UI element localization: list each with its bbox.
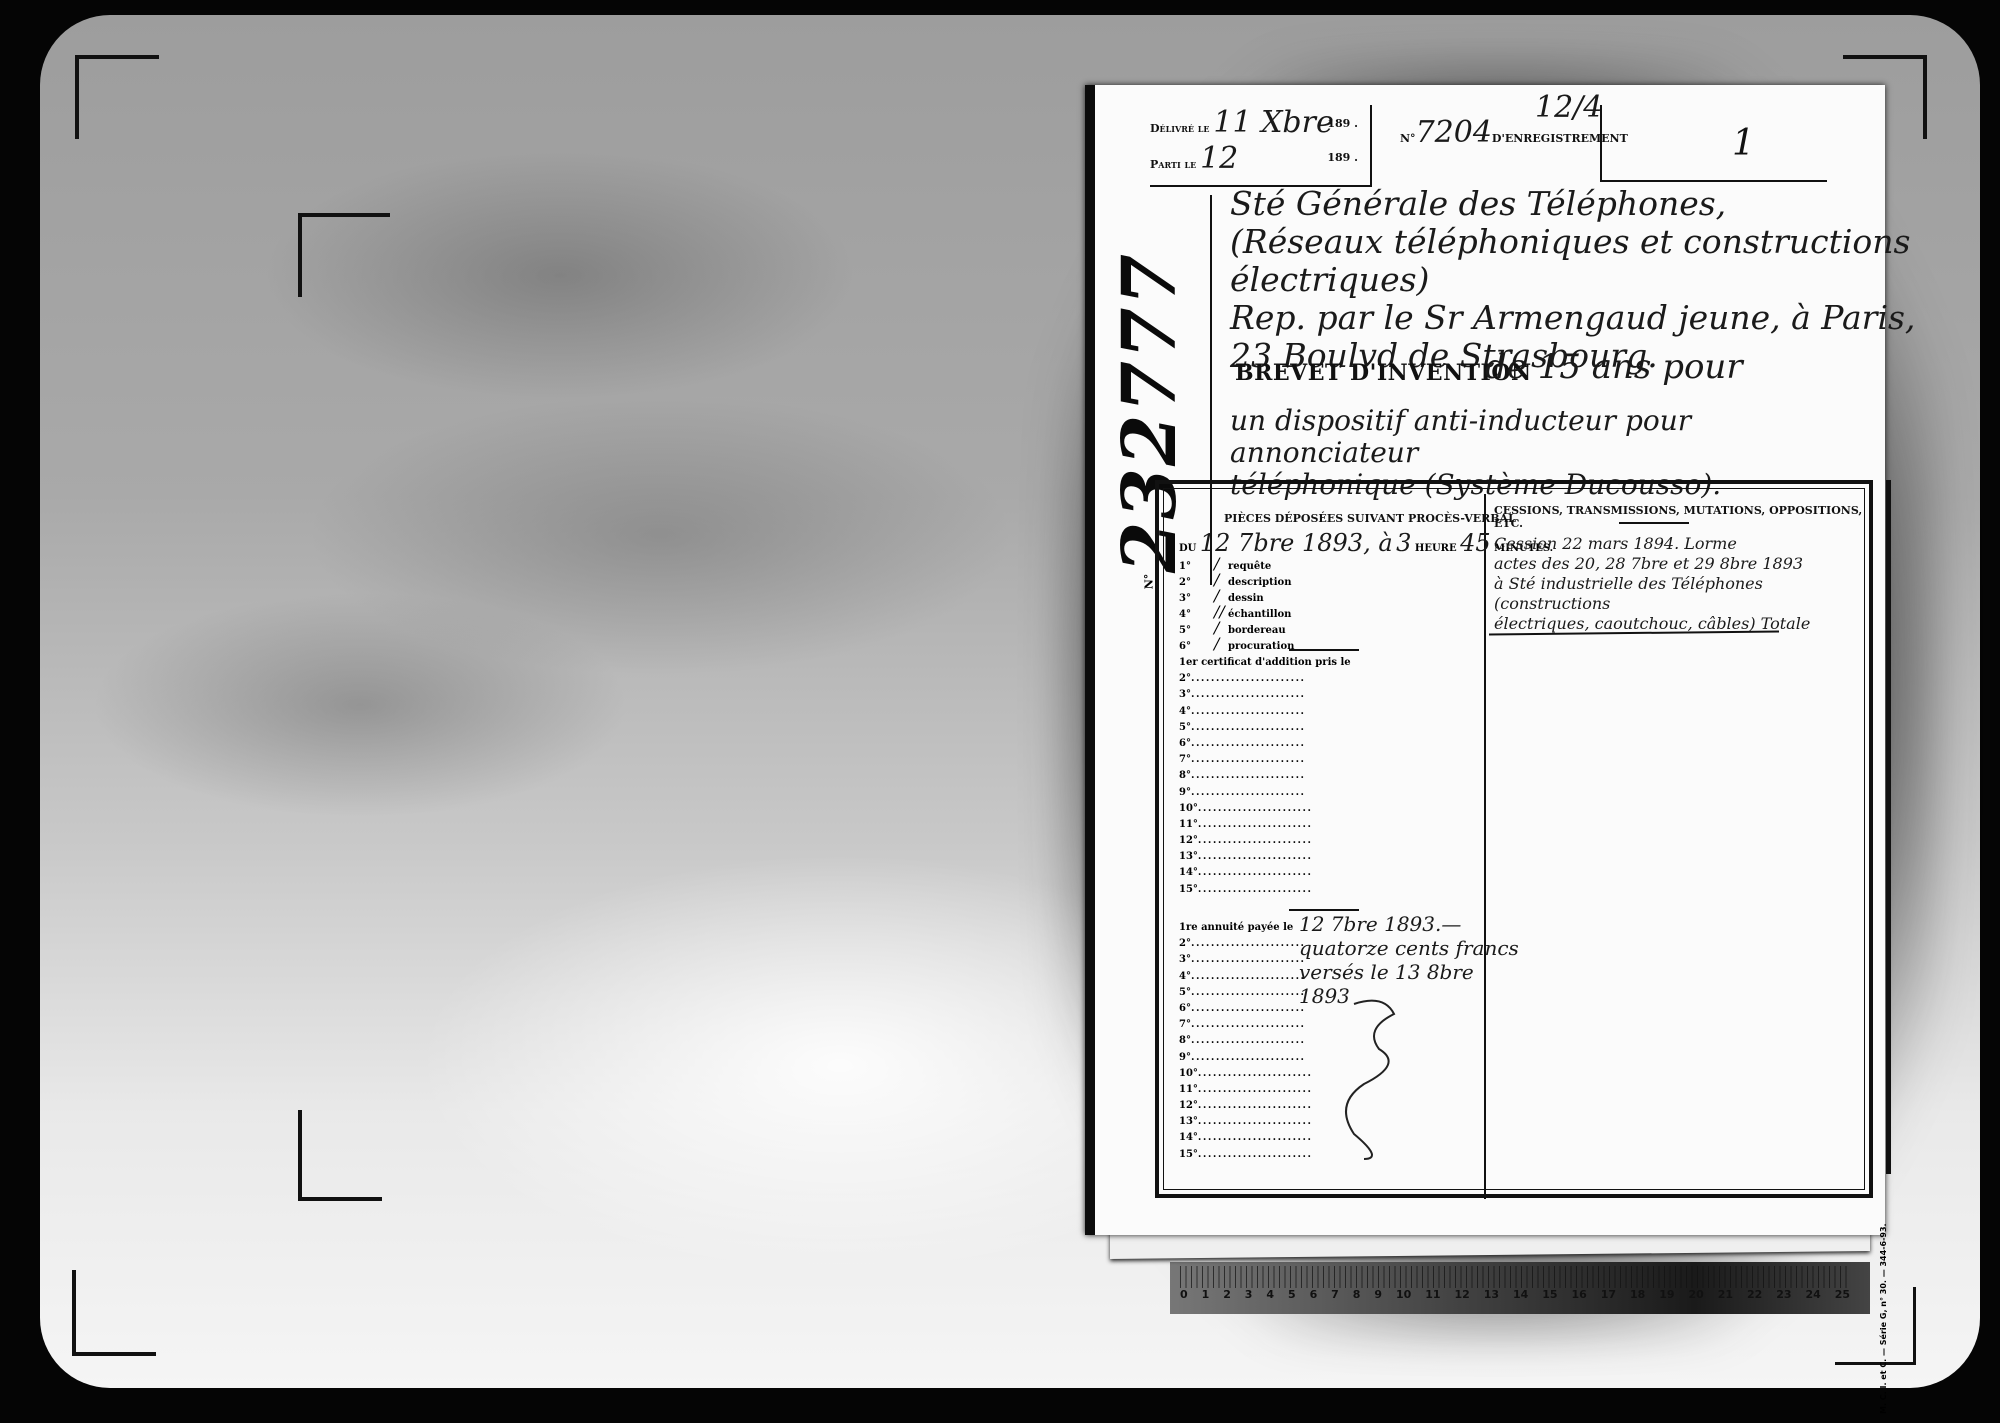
delivered-year: 189 . [1327, 117, 1358, 130]
row-number: 15° [1179, 884, 1198, 895]
dot-leader: ....................... [1191, 938, 1306, 949]
dot-leader: ....................... [1191, 971, 1306, 982]
dot-leader: ....................... [1191, 1019, 1306, 1030]
annuity-row: 13°....................... [1179, 1116, 1313, 1132]
ruler-label: 10 [1396, 1288, 1411, 1301]
measurement-ruler: 0123456789101112131415161718192021222324… [1170, 1262, 1870, 1314]
row-number: 3° [1179, 954, 1191, 965]
annuities-list: 1re annuité payée le2°..................… [1179, 922, 1313, 1165]
pv-prefix: DU [1179, 543, 1196, 554]
crop-mark-bottom-left-inner [298, 1110, 382, 1201]
row-number: 7° [1179, 1019, 1191, 1030]
dot-leader: ....................... [1198, 1132, 1313, 1143]
certificate-row: 8°....................... [1179, 770, 1351, 786]
crop-mark-top-left-outer [75, 55, 159, 139]
piece-mark: / [1214, 634, 1228, 653]
ruler-labels: 0123456789101112131415161718192021222324… [1180, 1288, 1850, 1301]
piece-item: 4°//échantillon [1179, 602, 1294, 618]
certificate-row: 14°....................... [1179, 867, 1351, 883]
section-rule [1619, 522, 1689, 524]
row-number: 11° [1179, 819, 1198, 830]
applicant-line: électriques) [1230, 261, 1870, 299]
annuity-row: 10°....................... [1179, 1068, 1313, 1084]
signature-flourish [1324, 994, 1444, 1164]
dot-leader: ....................... [1198, 867, 1313, 878]
dot-leader: ....................... [1191, 987, 1306, 998]
certificate-row: 2°....................... [1179, 673, 1351, 689]
certificate-row: 6°....................... [1179, 738, 1351, 754]
ruler-label: 15 [1542, 1288, 1557, 1301]
annuity-note-line: 12 7bre 1893.— [1299, 912, 1519, 936]
sheet-number: 1 [1732, 123, 1755, 164]
annuity-row: 3°....................... [1179, 954, 1313, 970]
ruler-label: 0 [1180, 1288, 1188, 1301]
registration-prefix: N° [1400, 132, 1416, 145]
ruler-label: 23 [1776, 1288, 1791, 1301]
ruler-label: 12 [1454, 1288, 1469, 1301]
certificate-row: 4°....................... [1179, 706, 1351, 722]
row-number: 9° [1179, 1052, 1191, 1063]
ruler-label: 5 [1288, 1288, 1296, 1301]
dot-leader: ....................... [1198, 835, 1313, 846]
annuity-row: 9°....................... [1179, 1052, 1313, 1068]
row-number: 10° [1179, 803, 1198, 814]
delivered-label: Délivré le [1150, 122, 1210, 135]
cessions-title: CESSIONS, TRANSMISSIONS, MUTATIONS, OPPO… [1494, 504, 1869, 530]
certificate-row: 7°....................... [1179, 754, 1351, 770]
row-number: 2° [1179, 938, 1191, 949]
annuity-row: 14°....................... [1179, 1132, 1313, 1148]
certificate-row: 9°....................... [1179, 787, 1351, 803]
ruler-label: 3 [1245, 1288, 1253, 1301]
cession-note-line: Cession 22 mars 1894. Lorme [1494, 534, 1814, 554]
dot-leader: ....................... [1198, 803, 1313, 814]
section-rule [1289, 649, 1359, 651]
piece-item: 5°/bordereau [1179, 618, 1294, 634]
ruler-ticks [1180, 1266, 1850, 1288]
column-divider [1484, 494, 1486, 1199]
ruler-label: 11 [1425, 1288, 1440, 1301]
dates-box: Délivré le 11 Xbre 189 . Parti le 12 189… [1150, 105, 1372, 187]
annuity-note-line: quatorze cents francs [1299, 936, 1519, 960]
row-number: 9° [1179, 787, 1191, 798]
annuity-note-line: versés le 13 8bre [1299, 960, 1519, 984]
pieces-list: 1°/requête2°/description3°/dessin4°//éch… [1179, 554, 1294, 650]
ruler-label: 1 [1202, 1288, 1210, 1301]
crop-mark-top-left-inner [298, 213, 390, 297]
dot-leader: ....................... [1191, 1052, 1306, 1063]
pv-hour-label: HEURE [1415, 543, 1457, 554]
row-number: 12° [1179, 835, 1198, 846]
table-right-bar [1886, 480, 1891, 1174]
piece-item: 2°/description [1179, 570, 1294, 586]
row-number: 4° [1179, 706, 1191, 717]
row-number: 3° [1179, 689, 1191, 700]
ruler-label: 6 [1310, 1288, 1318, 1301]
ruler-label: 19 [1659, 1288, 1674, 1301]
certificates-list: 1er certificat d'addition pris le2°.....… [1179, 657, 1351, 900]
printer-imprint: M. C. I. et C. — Série G, n° 30. — 344-6… [1879, 1223, 1888, 1414]
dot-leader: ....................... [1198, 1116, 1313, 1127]
piece-item: 1°/requête [1179, 554, 1294, 570]
applicant-line: (Réseaux téléphoniques et constructions [1230, 223, 1870, 261]
piece-number: 6° [1179, 641, 1214, 652]
dot-leader: ....................... [1198, 884, 1313, 895]
annuity-row: 6°....................... [1179, 1003, 1313, 1019]
dot-leader: ....................... [1191, 1035, 1306, 1046]
row-number: 13° [1179, 851, 1198, 862]
ruler-label: 22 [1747, 1288, 1762, 1301]
ruler-label: 16 [1571, 1288, 1586, 1301]
ruler-label: 4 [1266, 1288, 1274, 1301]
dot-leader: ....................... [1198, 1100, 1313, 1111]
dot-leader: ....................... [1198, 819, 1313, 830]
delivered-value: 11 Xbre [1213, 105, 1333, 140]
delivered-row: Délivré le 11 Xbre [1150, 105, 1334, 140]
patent-number-label: N° [1142, 574, 1155, 590]
applicant-line: Rep. par le Sr Armengaud jeune, à Paris, [1230, 299, 1870, 337]
dot-leader: ....................... [1191, 770, 1306, 781]
ruler-label: 7 [1331, 1288, 1339, 1301]
ruler-label: 24 [1805, 1288, 1820, 1301]
row-number: 6° [1179, 738, 1191, 749]
row-number: 11° [1179, 1084, 1198, 1095]
certificate-row: 1er certificat d'addition pris le [1179, 657, 1351, 673]
certificate-row: 3°....................... [1179, 689, 1351, 705]
section-rule [1289, 909, 1359, 911]
dot-leader: ....................... [1191, 689, 1306, 700]
margin-mark: 12/4 [1535, 90, 1602, 125]
dot-leader: ....................... [1191, 754, 1306, 765]
pv-minutes: 45 [1460, 529, 1491, 557]
certificate-row: 15°....................... [1179, 884, 1351, 900]
departed-row: Parti le 12 [1150, 141, 1238, 176]
row-number: 2° [1179, 673, 1191, 684]
ruler-label: 13 [1484, 1288, 1499, 1301]
row-number: 5° [1179, 722, 1191, 733]
row-number: 8° [1179, 770, 1191, 781]
piece-item: 6°/procuration [1179, 634, 1294, 650]
row-number: 14° [1179, 867, 1198, 878]
dot-leader: ....................... [1198, 1068, 1313, 1079]
row-number: 5° [1179, 987, 1191, 998]
piece-label: procuration [1228, 641, 1294, 652]
ruler-label: 25 [1835, 1288, 1850, 1301]
ruler-label: 9 [1374, 1288, 1382, 1301]
ruler-label: 21 [1718, 1288, 1733, 1301]
object-line: un dispositif anti-inducteur pour annonc… [1230, 405, 1880, 469]
dot-leader: ....................... [1191, 787, 1306, 798]
pv-date: 12 7bre 1893, à [1200, 529, 1393, 557]
departed-value: 12 [1200, 141, 1238, 176]
dot-leader: ....................... [1191, 673, 1306, 684]
dot-leader: ....................... [1191, 706, 1306, 717]
certificate-row: 10°....................... [1179, 803, 1351, 819]
row-number: 7° [1179, 754, 1191, 765]
annuity-row: 5°....................... [1179, 987, 1313, 1003]
dot-leader: ....................... [1191, 1003, 1306, 1014]
row-number: 10° [1179, 1068, 1198, 1079]
certificate-row: 12°....................... [1179, 835, 1351, 851]
cession-handwritten-note: Cession 22 mars 1894. Lormeactes des 20,… [1494, 534, 1814, 634]
register-card: Délivré le 11 Xbre 189 . Parti le 12 189… [1085, 85, 1885, 1235]
annuity-row: 1re annuité payée le [1179, 922, 1313, 938]
annuity-row: 8°....................... [1179, 1035, 1313, 1051]
dot-leader: ....................... [1198, 1149, 1313, 1160]
certificate-row: 13°....................... [1179, 851, 1351, 867]
annuity-row: 15°....................... [1179, 1149, 1313, 1165]
crop-mark-bottom-left-outer [72, 1270, 156, 1356]
dot-leader: ....................... [1198, 1084, 1313, 1095]
registration-value: 7204 [1416, 115, 1492, 150]
ruler-label: 20 [1688, 1288, 1703, 1301]
annuity-row: 12°....................... [1179, 1100, 1313, 1116]
row-number: 14° [1179, 1132, 1198, 1143]
cession-note-line: à Sté industrielle des Téléphones (const… [1494, 574, 1814, 614]
dot-leader: ....................... [1191, 738, 1306, 749]
annuity-row: 7°....................... [1179, 1019, 1313, 1035]
brevet-duration: de 15 ans pour [1485, 347, 1743, 387]
pieces-title: PIÈCES DÉPOSÉES SUIVANT PROCÈS-VERBAL [1224, 512, 1516, 525]
row-number: 8° [1179, 1035, 1191, 1046]
cession-note-line: actes des 20, 28 7bre et 29 8bre 1893 [1494, 554, 1814, 574]
register-table: PIÈCES DÉPOSÉES SUIVANT PROCÈS-VERBAL DU… [1155, 480, 1873, 1198]
certificate-row: 5°....................... [1179, 722, 1351, 738]
annuity-row: 11°....................... [1179, 1084, 1313, 1100]
ruler-label: 8 [1353, 1288, 1361, 1301]
dot-leader: ....................... [1191, 954, 1306, 965]
row-number: 4° [1179, 971, 1191, 982]
departed-label: Parti le [1150, 158, 1196, 171]
piece-item: 3°/dessin [1179, 586, 1294, 602]
ruler-label: 2 [1223, 1288, 1231, 1301]
dot-leader: ....................... [1191, 722, 1306, 733]
ruler-label: 17 [1601, 1288, 1616, 1301]
applicant-line: Sté Générale des Téléphones, [1230, 185, 1870, 223]
ruler-label: 18 [1630, 1288, 1645, 1301]
annuity-row: 4°....................... [1179, 971, 1313, 987]
sheet-box: 1 [1600, 105, 1827, 182]
row-number: 13° [1179, 1116, 1198, 1127]
row-number: 15° [1179, 1149, 1198, 1160]
certificate-row: 11°....................... [1179, 819, 1351, 835]
row-number: 6° [1179, 1003, 1191, 1014]
pv-hour: 3 [1396, 529, 1411, 557]
dot-leader: ....................... [1198, 851, 1313, 862]
ruler-label: 14 [1513, 1288, 1528, 1301]
departed-year: 189 . [1327, 151, 1358, 164]
annuity-row: 2°....................... [1179, 938, 1313, 954]
row-number: 12° [1179, 1100, 1198, 1111]
